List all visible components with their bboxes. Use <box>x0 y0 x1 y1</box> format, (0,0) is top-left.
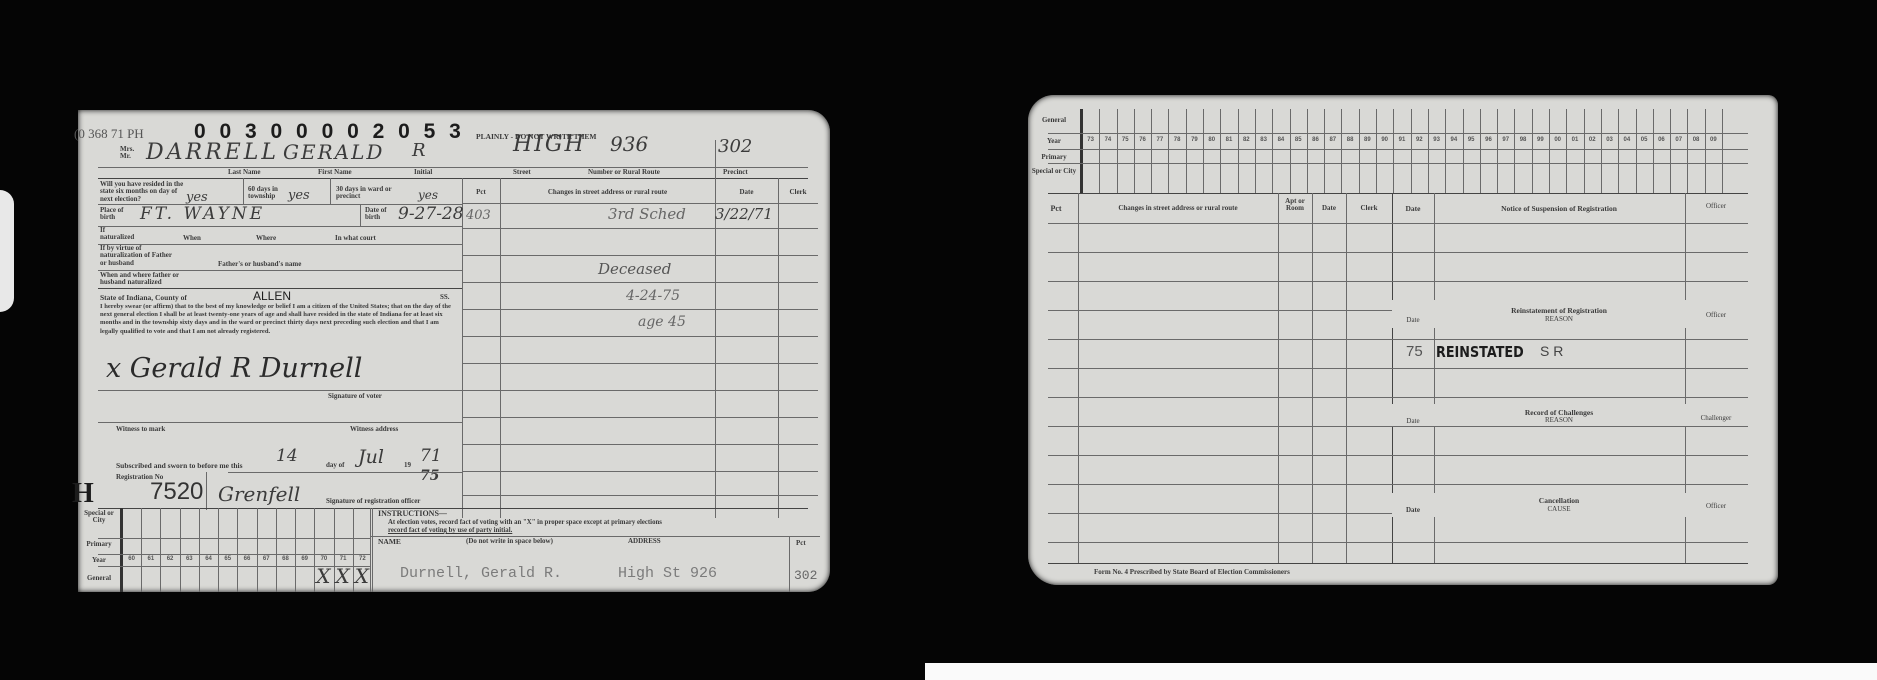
footer-address-label: ADDRESS <box>628 538 661 545</box>
grid-year-label: 90 <box>1376 137 1393 143</box>
street-value: HIGH <box>513 132 586 157</box>
grid-label-general: General <box>78 575 120 582</box>
house-number-value: 936 <box>610 132 648 156</box>
grid-year-label: 91 <box>1393 137 1410 143</box>
signature-label: Signature of voter <box>328 393 382 400</box>
grid-column-divider <box>1532 109 1533 193</box>
grid-column-divider <box>218 508 219 592</box>
grid-label-special: Special or City <box>1028 168 1080 175</box>
grid-year-label: 87 <box>1324 137 1341 143</box>
grid-column-divider <box>1636 109 1637 193</box>
changes-header-date: Date <box>1312 205 1346 212</box>
grid-label-special: Special or City <box>78 510 120 525</box>
grid-year-label: 66 <box>237 556 256 562</box>
subscribed-year-overwrite: 75 <box>420 468 439 484</box>
grid-column-divider <box>1445 109 1446 193</box>
witness-mark-label: Witness to mark <box>116 426 165 433</box>
grid-column-divider <box>1670 109 1671 193</box>
grid-year-label: 08 <box>1687 137 1704 143</box>
precinct-label: Precinct <box>723 169 748 176</box>
scan-artifact <box>0 190 14 312</box>
first-name-value: GERALD <box>283 140 384 164</box>
vote-mark: X <box>316 564 330 588</box>
township-value: yes <box>288 188 310 203</box>
grid-year-label: 89 <box>1359 137 1376 143</box>
form-footer: Form No. 4 Prescribed by State Board of … <box>1094 569 1290 576</box>
grid-column-divider <box>1168 109 1169 193</box>
grid-year-label: 06 <box>1653 137 1670 143</box>
grid-column-divider <box>1463 109 1464 193</box>
grid-column-divider <box>1411 109 1412 193</box>
changes-header-change: Changes in street address or rural route <box>1078 205 1278 212</box>
oath-text: I hereby swear (or affirm) that to the b… <box>100 303 458 336</box>
grid-column-divider <box>1722 109 1723 193</box>
grid-year-label: 73 <box>1082 137 1099 143</box>
vote-mark: X <box>336 564 350 588</box>
grid-year-label: 62 <box>160 556 179 562</box>
change-row-1-date: 3/22/71 <box>715 205 773 223</box>
grid-column-divider <box>1618 109 1619 193</box>
vote-mark: X <box>355 564 369 588</box>
grid-column-divider <box>1151 109 1152 193</box>
grid-column-divider <box>1203 109 1204 193</box>
grid-year-label: 04 <box>1618 137 1635 143</box>
officer-signature-label: Signature of registration officer <box>326 498 420 505</box>
subscribed-year: 71 <box>420 446 442 466</box>
grid-column-divider <box>257 508 258 592</box>
grid-year-label: 60 <box>122 556 141 562</box>
instructions-line1: At election votes, record fact of voting… <box>388 519 662 526</box>
grid-column-divider <box>1272 109 1273 193</box>
grid-year-label: 78 <box>1168 137 1185 143</box>
grid-year-label: 71 <box>334 556 353 562</box>
father-name-label: Father's or husband's name <box>218 261 301 268</box>
state-residency-value: yes <box>186 190 208 205</box>
reinstatement-officer-label: Officer <box>1685 312 1747 319</box>
birthplace-value: FT. WAYNE <box>140 204 265 224</box>
instructions-title: INSTRUCTIONS— <box>378 510 447 518</box>
grid-column-divider <box>1117 109 1118 193</box>
last-name-value: DARRELL <box>146 140 279 165</box>
county-value: ALLEN <box>253 289 291 303</box>
change-row-3-change: Deceased <box>598 260 671 278</box>
change-row-5-change: age 45 <box>638 314 686 330</box>
grid-column-divider <box>334 508 335 592</box>
witness-address-label: Witness address <box>350 426 398 433</box>
grid-column-divider <box>1290 109 1291 193</box>
grid-column-divider <box>1687 109 1688 193</box>
left-voting-grid: 6061626364656667686970X71X72X <box>122 508 372 592</box>
by-virtue-label: If by virtue of naturalization of Father… <box>100 245 174 267</box>
year-prefix: 19 <box>404 462 411 469</box>
ward-value: yes <box>418 188 438 202</box>
subscribed-day: 14 <box>276 446 298 466</box>
naturalized-court-label: In what court <box>335 235 376 242</box>
first-name-label: First Name <box>318 169 352 176</box>
grid-year-label: 61 <box>141 556 160 562</box>
cancellation-title: Cancellation <box>1434 497 1684 505</box>
township-label: 60 days in township <box>248 186 292 201</box>
footer-name-label: NAME <box>378 538 401 546</box>
grid-column-divider <box>1307 109 1308 193</box>
grid-year-label: 93 <box>1428 137 1445 143</box>
grid-year-label: 05 <box>1636 137 1653 143</box>
number-label: Number or Rural Route <box>588 169 660 176</box>
grid-column-divider <box>1359 109 1360 193</box>
grid-column-divider <box>1393 109 1394 193</box>
subscribed-label: Subscribed and sworn to before me this <box>116 462 243 470</box>
registration-card-back: General Year Primary Special or City 737… <box>1028 95 1778 585</box>
grid-column-divider <box>1134 109 1135 193</box>
changes-header-clerk: Clerk <box>778 189 818 196</box>
grid-column-divider <box>1497 109 1498 193</box>
grid-year-label: 75 <box>1117 137 1134 143</box>
grid-year-label: 69 <box>295 556 314 562</box>
cancellation-date-label: Date <box>1392 507 1434 514</box>
precinct-value: 302 <box>718 136 752 157</box>
grid-year-label: 81 <box>1220 137 1237 143</box>
footer-pct-label: Pct <box>796 540 806 547</box>
subscribed-month: Jul <box>358 446 384 468</box>
grid-year-label: 77 <box>1151 137 1168 143</box>
last-name-label: Last Name <box>228 169 260 176</box>
grid-label-primary: Primary <box>78 541 120 548</box>
grid-year-label: 98 <box>1514 137 1531 143</box>
registration-card-front: (0 368 71 PH 0 0 3 0 0 0 0 2 0 5 3 PLAIN… <box>78 110 830 592</box>
grid-column-divider <box>199 508 200 592</box>
grid-column-divider <box>1376 109 1377 193</box>
street-label: Street <box>513 169 531 176</box>
typed-pct: 302 <box>794 568 817 583</box>
grid-column-divider <box>1480 109 1481 193</box>
reinstatement-entry-reason: REINSTATED <box>1436 343 1524 361</box>
grid-year-label: 83 <box>1255 137 1272 143</box>
grid-column-divider <box>372 508 373 592</box>
instructions-line2: record fact of voting by use of party in… <box>388 527 512 534</box>
changes-header-pct: Pct <box>1036 205 1076 213</box>
grid-column-divider <box>1653 109 1654 193</box>
reinstatement-date-label: Date <box>1392 317 1434 324</box>
right-voting-grid: 7374757677787980818283848586878889909192… <box>1082 109 1722 193</box>
suspension-officer-label: Officer <box>1685 203 1747 210</box>
change-row-1-pct: 403 <box>466 208 491 223</box>
challenges-date-label: Date <box>1392 418 1434 425</box>
grid-year-label: 97 <box>1497 137 1514 143</box>
grid-column-divider <box>180 508 181 592</box>
grid-year-label: 70 <box>314 556 333 562</box>
initial-value: R <box>412 140 426 161</box>
grid-year-label: 01 <box>1566 137 1583 143</box>
typed-name: Durnell, Gerald R. <box>400 565 562 582</box>
grid-year-label: 96 <box>1480 137 1497 143</box>
grid-column-divider <box>295 508 296 592</box>
grid-column-divider <box>1428 109 1429 193</box>
changes-header-apt: Apt or Room <box>1278 198 1312 213</box>
mrs-mr-label: Mrs. Mr. <box>120 146 138 161</box>
grid-year-label: 88 <box>1341 137 1358 143</box>
reinstatement-entry-extra: S R <box>1540 343 1563 359</box>
birthplace-label: Place of birth <box>100 207 134 222</box>
change-row-4-change: 4-24-75 <box>626 288 680 304</box>
grid-year-label: 68 <box>276 556 295 562</box>
reinstatement-title: Reinstatement of Registration <box>1434 307 1684 315</box>
grid-year-label: 00 <box>1549 137 1566 143</box>
naturalized-where-label: Where <box>256 235 276 242</box>
grid-column-divider <box>141 508 142 592</box>
grid-year-label: 86 <box>1307 137 1324 143</box>
grid-column-divider <box>1099 109 1100 193</box>
reinstatement-reason-label: REASON <box>1434 316 1684 323</box>
birthdate-label: Date of birth <box>365 207 395 222</box>
change-row-1-change: 3rd Sched <box>608 205 686 223</box>
officer-signature: Grenfell <box>218 482 300 506</box>
grid-label-year: Year <box>78 557 120 564</box>
day-of-label: day of <box>326 462 344 469</box>
naturalized-when-label: When <box>183 235 201 242</box>
scan-border-strip <box>925 663 1877 680</box>
reinstatement-entry-date: 75 <box>1406 343 1423 360</box>
grid-year-label: 84 <box>1272 137 1289 143</box>
cancellation-cause-label: CAUSE <box>1434 506 1684 513</box>
grid-label-primary: Primary <box>1028 154 1080 161</box>
grid-year-label: 94 <box>1445 137 1462 143</box>
state-county-label: State of Indiana, County of <box>100 294 187 302</box>
grid-year-label: 76 <box>1134 137 1151 143</box>
grid-column-divider <box>1255 109 1256 193</box>
changes-header-date: Date <box>715 189 778 196</box>
grid-column-divider <box>1514 109 1515 193</box>
changes-header-change: Changes in street address or rural route <box>500 189 715 196</box>
grid-year-label: 82 <box>1238 137 1255 143</box>
grid-column-divider <box>353 508 354 592</box>
grid-year-label: 02 <box>1584 137 1601 143</box>
voter-signature: x Gerald R Durnell <box>106 353 362 384</box>
grid-column-divider <box>1549 109 1550 193</box>
grid-year-label: 03 <box>1601 137 1618 143</box>
grid-column-divider <box>160 508 161 592</box>
grid-column-divider <box>1566 109 1567 193</box>
state-residency-label: Will you have resided in the state six m… <box>100 181 190 203</box>
side-letter: H <box>72 478 94 510</box>
if-naturalized-label: If naturalized <box>100 227 140 242</box>
changes-header-clerk: Clerk <box>1346 205 1392 212</box>
initial-label: Initial <box>414 169 432 176</box>
challenges-reason-label: REASON <box>1434 417 1684 424</box>
grid-column-divider <box>1186 109 1187 193</box>
grid-year-label: 63 <box>180 556 199 562</box>
grid-year-label: 09 <box>1705 137 1722 143</box>
stamp-prefix: (0 368 71 PH <box>74 126 144 142</box>
grid-label-general: General <box>1028 117 1080 124</box>
suspension-title: Notice of Suspension of Registration <box>1434 205 1684 213</box>
grid-year-label: 80 <box>1203 137 1220 143</box>
registration-number: 7520 <box>150 478 203 506</box>
grid-year-label: 85 <box>1290 137 1307 143</box>
challenges-challenger-label: Challenger <box>1685 415 1747 422</box>
grid-column-divider <box>1238 109 1239 193</box>
footer-no-write-label: (Do not write in space below) <box>466 538 553 545</box>
father-naturalized-label: When and where father or husband natural… <box>100 272 200 287</box>
grid-year-label: 67 <box>257 556 276 562</box>
grid-year-label: 92 <box>1411 137 1428 143</box>
grid-column-divider <box>1220 109 1221 193</box>
grid-year-label: 64 <box>199 556 218 562</box>
grid-column-divider <box>1341 109 1342 193</box>
grid-column-divider <box>276 508 277 592</box>
cancellation-officer-label: Officer <box>1685 503 1747 510</box>
grid-year-label: 99 <box>1532 137 1549 143</box>
grid-year-label: 79 <box>1186 137 1203 143</box>
grid-year-label: 65 <box>218 556 237 562</box>
grid-label-year: Year <box>1028 138 1080 145</box>
grid-column-divider <box>1601 109 1602 193</box>
suspension-date-label: Date <box>1392 205 1434 213</box>
typed-address: High St 926 <box>618 565 717 582</box>
birthdate-value: 9-27-28 <box>398 204 464 224</box>
changes-header-pct: Pct <box>462 189 500 196</box>
ss-label: SS. <box>440 294 450 301</box>
grid-column-divider <box>1324 109 1325 193</box>
ward-label: 30 days in ward or precinct <box>336 186 406 201</box>
grid-year-label: 07 <box>1670 137 1687 143</box>
grid-column-divider <box>237 508 238 592</box>
grid-year-label: 95 <box>1463 137 1480 143</box>
grid-year-label: 74 <box>1099 137 1116 143</box>
grid-column-divider <box>1705 109 1706 193</box>
grid-column-divider <box>1584 109 1585 193</box>
